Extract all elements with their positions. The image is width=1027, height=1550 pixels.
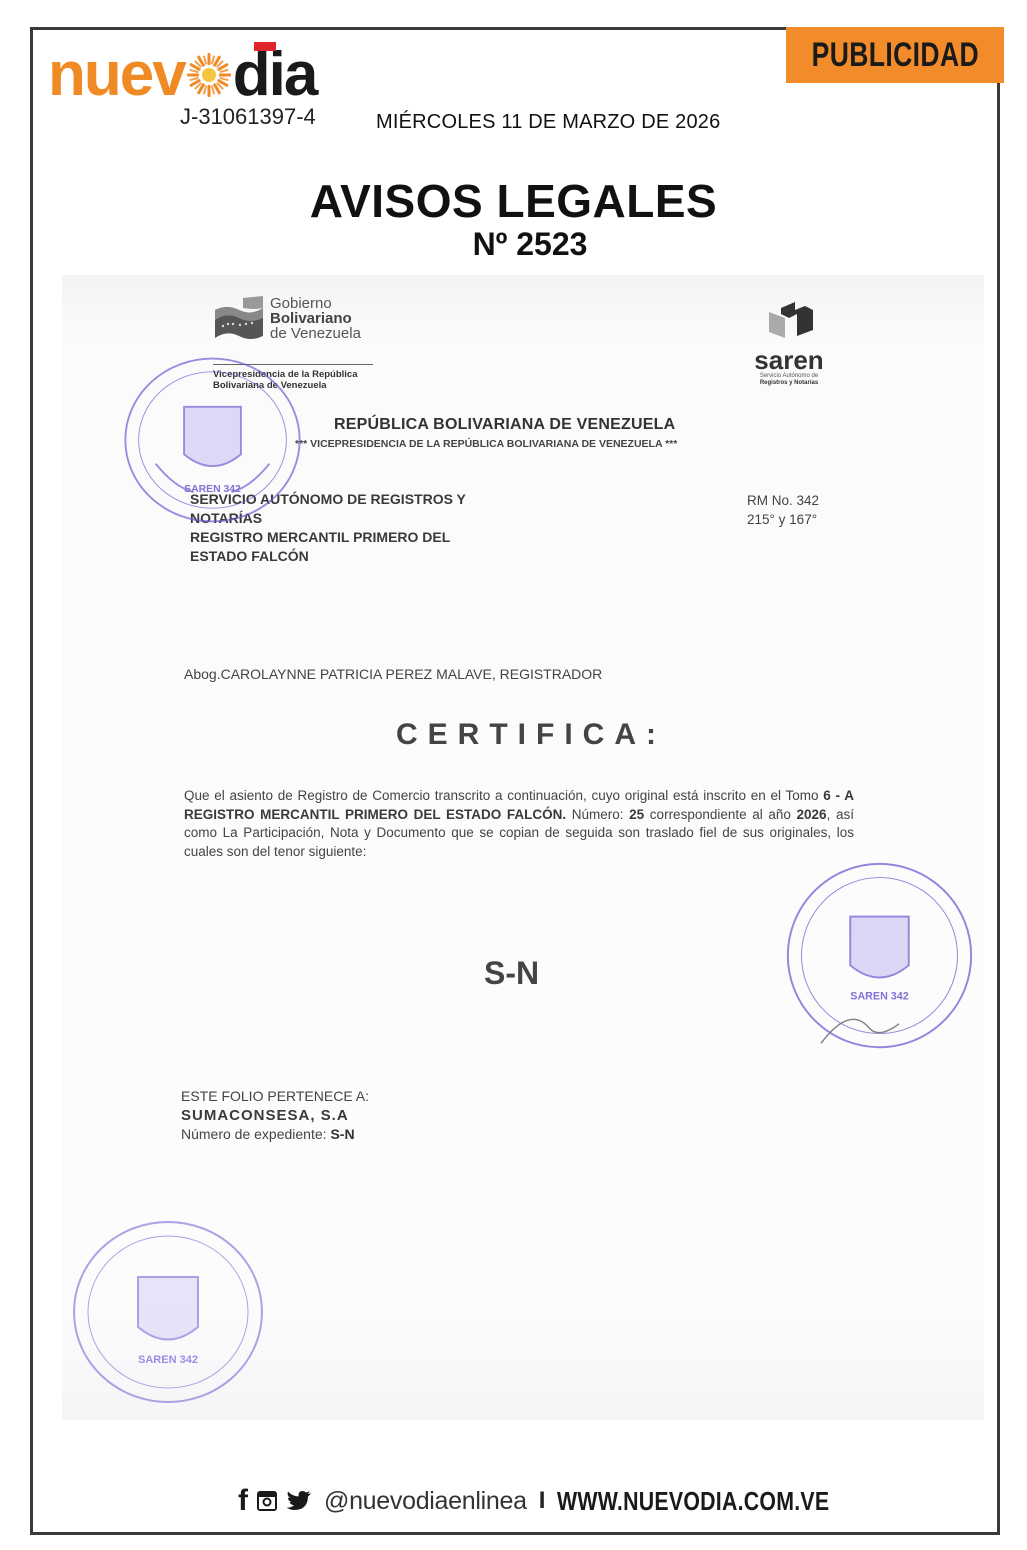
official-seal-stamp-signed-icon: SAREN 342: [782, 858, 977, 1058]
svg-text:SAREN 342: SAREN 342: [184, 484, 241, 495]
gobierno-bolivariano-logo: Gobierno Bolivariano de Venezuela: [213, 296, 361, 344]
social-handle[interactable]: @nuevodiaenlinea: [324, 1487, 527, 1516]
gob-line-1: Gobierno: [270, 296, 361, 311]
page-title: AVISOS LEGALES: [0, 174, 1027, 228]
official-seal-bottom-icon: SAREN 342: [68, 1215, 268, 1410]
footer-separator: I: [539, 1487, 546, 1515]
footer: f @nuevodiaenlinea I WWW.NUEVODIA.COM.VE: [238, 1484, 890, 1518]
rm-block: RM No. 342 215° y 167°: [747, 491, 819, 529]
saren-name: saren: [748, 347, 830, 373]
saren-subtitle: Servicio Autónomo de Registros y Notaría…: [748, 373, 830, 387]
expediente-line: Número de expediente: S-N: [181, 1125, 369, 1144]
svg-text:SAREN 342: SAREN 342: [138, 1354, 198, 1366]
company-name: SUMACONSESA, S.A: [181, 1106, 369, 1125]
gob-line-2: Bolivariano: [270, 311, 361, 326]
registrar-name: Abog.CAROLAYNNE PATRICIA PEREZ MALAVE, R…: [184, 666, 602, 682]
logo-text-dia: dia: [233, 49, 317, 101]
nuevodia-logo: nuev dia: [48, 45, 316, 101]
folio-label: ESTE FOLIO PERTENECE A:: [181, 1087, 369, 1106]
republic-heading: REPÚBLICA BOLIVARIANA DE VENEZUELA: [334, 416, 675, 434]
saren-mark-icon: [761, 300, 817, 340]
certification-paragraph: Que el asiento de Registro de Comercio t…: [184, 787, 854, 861]
saren-logo: saren Servicio Autónomo de Registros y N…: [748, 300, 830, 387]
notice-number: Nº 2523: [0, 226, 1027, 263]
logo-text-nuev: nuev: [48, 49, 185, 101]
venezuela-flag-icon: [213, 296, 265, 344]
logo-red-bar: [254, 42, 276, 51]
official-seal-icon: SAREN 342: [115, 350, 310, 530]
facebook-icon[interactable]: f: [238, 1487, 248, 1515]
rif-number: J-31061397-4: [180, 104, 316, 130]
folio-block: ESTE FOLIO PERTENECE A: SUMACONSESA, S.A…: [181, 1087, 369, 1144]
vicepresidencia-line: *** VICEPRESIDENCIA DE LA REPÚBLICA BOLI…: [295, 438, 677, 450]
instagram-icon[interactable]: [256, 1490, 278, 1512]
gob-line-3: de Venezuela: [270, 326, 361, 341]
sun-icon: [186, 52, 232, 98]
certifica-heading: CERTIFICA:: [396, 718, 666, 752]
publicidad-badge: PUBLICIDAD: [786, 27, 1004, 83]
center-code: S-N: [484, 955, 539, 992]
twitter-icon[interactable]: [286, 1490, 312, 1512]
publication-date: MIÉRCOLES 11 DE MARZO DE 2026: [376, 111, 720, 134]
svg-text:SAREN 342: SAREN 342: [850, 990, 908, 1002]
website-link[interactable]: WWW.NUEVODIA.COM.VE: [557, 1486, 829, 1517]
